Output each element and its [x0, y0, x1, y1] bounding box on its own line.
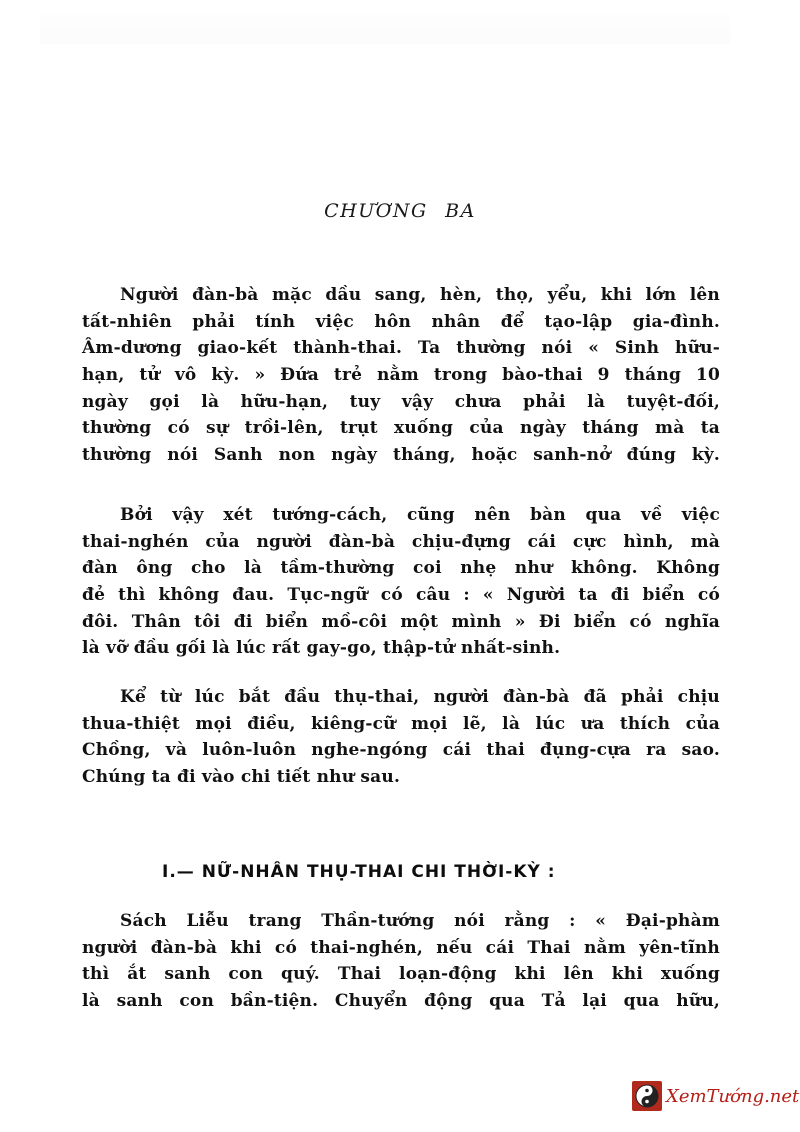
- text-line: tất-nhiên phải tính việc hôn nhân để tạo…: [82, 309, 720, 336]
- text-line: thai-nghén của người đàn-bà chịu-đựng cá…: [82, 529, 720, 556]
- watermark-logo: XemTướng.net: [632, 1080, 799, 1112]
- paragraph-2: Bởi vậy xét tướng-cách, cũng nên bàn qua…: [82, 502, 720, 662]
- text-line: thì ắt sanh con quý. Thai loạn-động khi …: [82, 961, 720, 988]
- watermark-text: XemTướng.net: [666, 1086, 799, 1107]
- section-heading: I.— NỮ-NHÂN THỤ-THAI CHI THỜI-KỲ :: [162, 862, 556, 882]
- text-line: là vỡ đầu gối là lúc rất gay-go, thập-tử…: [82, 635, 720, 662]
- text-line: đàn ông cho là tầm-thường coi nhẹ như kh…: [82, 555, 720, 582]
- text-line: thường nói Sanh non ngày tháng, hoặc san…: [82, 442, 720, 469]
- text-line: Bởi vậy xét tướng-cách, cũng nên bàn qua…: [82, 502, 720, 529]
- yin-yang-icon: [632, 1081, 662, 1111]
- text-line: Sách Liễu trang Thần-tướng nói rằng : « …: [82, 908, 720, 935]
- text-line: người đàn-bà khi có thai-nghén, nếu cái …: [82, 935, 720, 962]
- text-line: đẻ thì không đau. Tục-ngữ có câu : « Ngư…: [82, 582, 720, 609]
- text-line: Chồng, và luôn-luôn nghe-ngóng cái thai …: [82, 737, 720, 764]
- chapter-title: CHƯƠNG BA: [0, 200, 800, 222]
- text-line: ngày gọi là hữu-hạn, tuy vậy chưa phải l…: [82, 389, 720, 416]
- text-line: là sanh con bần-tiện. Chuyển động qua Tả…: [82, 988, 720, 1015]
- text-line: thường có sự trồi-lên, trụt xuống của ng…: [82, 415, 720, 442]
- text-line: Âm-dương giao-kết thành-thai. Ta thường …: [82, 335, 720, 362]
- text-line: hạn, tử vô kỳ. » Đứa trẻ nằm trong bào-t…: [82, 362, 720, 389]
- paragraph-3: Kể từ lúc bắt đầu thụ-thai, người đàn-bà…: [82, 684, 720, 791]
- faint-bleed-through-header: [40, 14, 730, 44]
- section-paragraph: Sách Liễu trang Thần-tướng nói rằng : « …: [82, 908, 720, 1015]
- paragraph-1: Người đàn-bà mặc dầu sang, hèn, thọ, yểu…: [82, 282, 720, 469]
- text-line: thua-thiệt mọi điều, kiêng-cữ mọi lẽ, là…: [82, 711, 720, 738]
- text-line: đôi. Thân tôi đi biển mồ-côi một mình » …: [82, 609, 720, 636]
- document-page: CHƯƠNG BA Người đàn-bà mặc dầu sang, hèn…: [0, 0, 800, 1132]
- text-line: Người đàn-bà mặc dầu sang, hèn, thọ, yểu…: [82, 282, 720, 309]
- text-line: Chúng ta đi vào chi tiết như sau.: [82, 764, 720, 791]
- text-line: Kể từ lúc bắt đầu thụ-thai, người đàn-bà…: [82, 684, 720, 711]
